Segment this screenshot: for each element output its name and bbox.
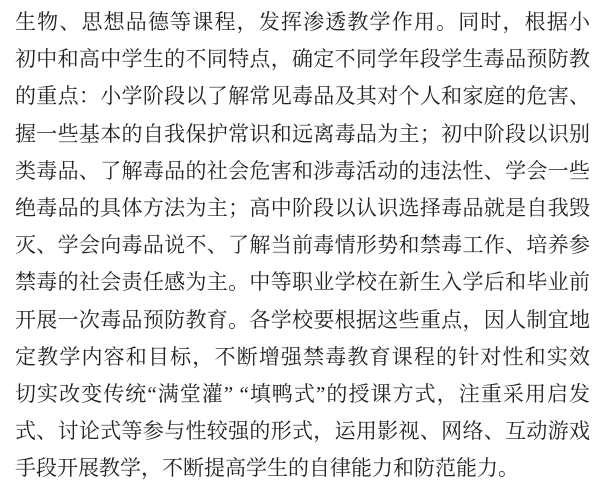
document-page: 生物、思想品德等课程，发挥渗透教学作用。同时，根据小学、 初中和高中学生的不同特… — [0, 0, 600, 492]
text-line: 绝毒品的具体方法为主；高中阶段以认识选择毒品就是自我毁 — [15, 190, 590, 227]
text-line: 禁毒的社会责任感为主。中等职业学校在新生入学后和毕业前各 — [15, 264, 590, 301]
text-line: 式、讨论式等参与性较强的形式，运用影视、网络、互动游戏等 — [15, 413, 590, 450]
text-line: 灭、学会向毒品说不、了解当前毒情形势和禁毒工作、培养参与 — [15, 227, 590, 264]
text-line: 切实改变传统“满堂灌” “填鸭式”的授课方式，注重采用启发 — [15, 376, 590, 413]
text-line: 生物、思想品德等课程，发挥渗透教学作用。同时，根据小学、 — [15, 4, 590, 41]
text-line: 握一些基本的自我保护常识和远离毒品为主；初中阶段以识别各 — [15, 116, 590, 153]
text-line: 开展一次毒品预防教育。各学校要根据这些重点，因人制宜地设 — [15, 302, 590, 339]
text-line: 类毒品、了解毒品的社会危害和涉毒活动的违法性、学会一些拒 — [15, 153, 590, 190]
text-line: 的重点：小学阶段以了解常见毒品及其对个人和家庭的危害、掌 — [15, 78, 590, 115]
text-line-last: 手段开展教学，不断提高学生的自律能力和防范能力。 — [15, 450, 590, 487]
text-line: 定教学内容和目标，不断增强禁毒教育课程的针对性和实效性。 — [15, 339, 590, 376]
text-line: 初中和高中学生的不同特点，确定不同学年段学生毒品预防教育 — [15, 41, 590, 78]
